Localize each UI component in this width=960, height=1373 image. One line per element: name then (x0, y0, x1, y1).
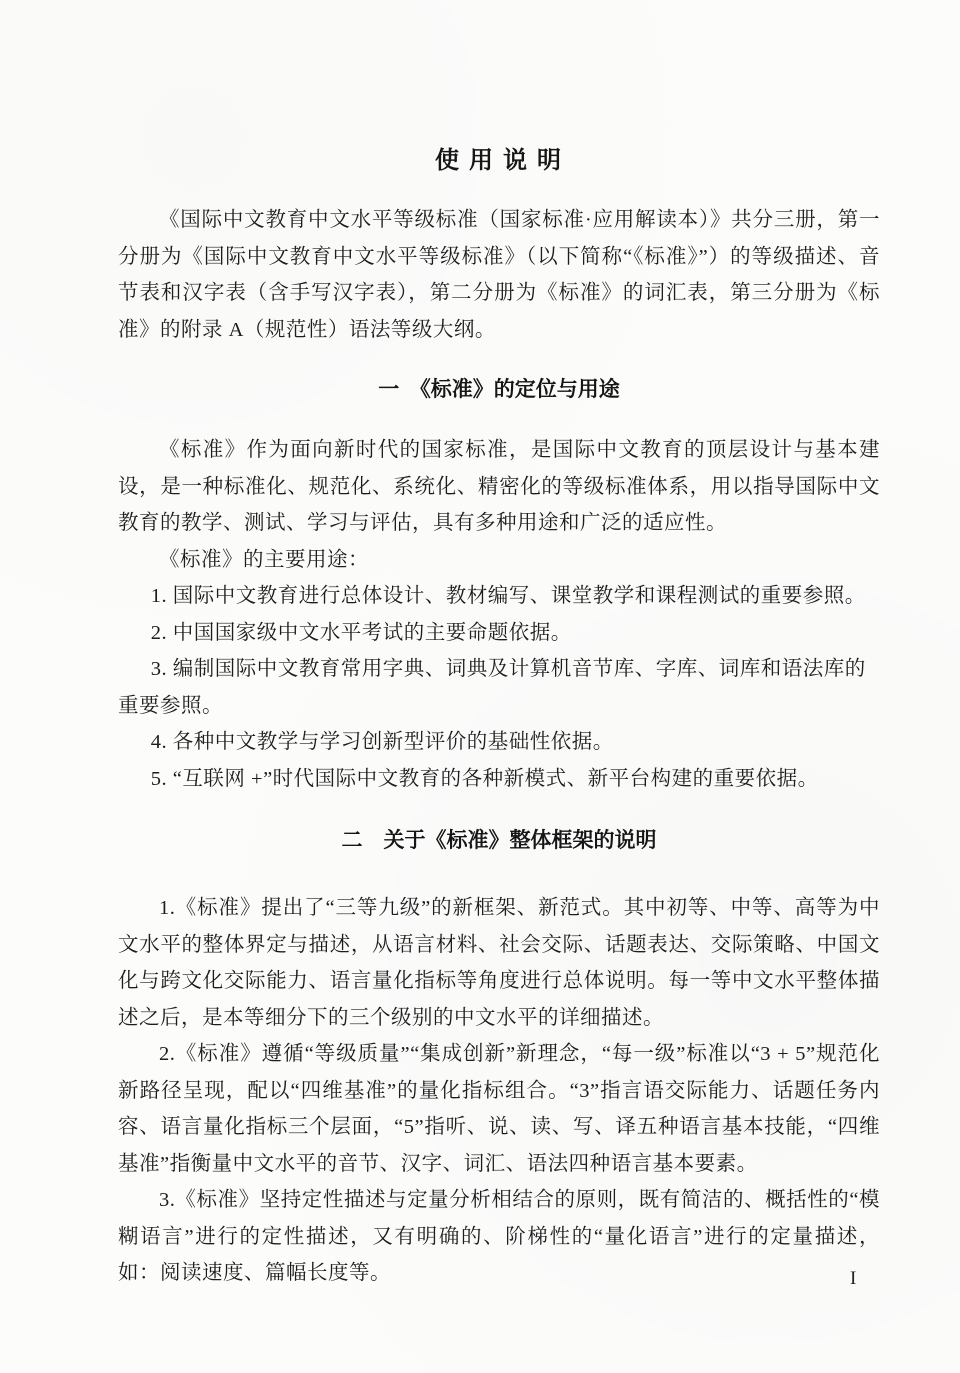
use-item-3: 3. 编制国际中文教育常用字典、词典及计算机音节库、字库、词库和语法库的重要参照… (118, 651, 880, 724)
section-2-heading: 二 关于《标准》整体框架的说明 (118, 824, 880, 854)
uses-lead-line: 《标准》的主要用途： (118, 542, 880, 579)
use-item-5: 5. “互联网 +”时代国际中文教育的各种新模式、新平台构建的重要依据。 (118, 761, 880, 798)
section-1-heading: 一 《标准》的定位与用途 (118, 373, 880, 403)
use-item-1: 1. 国际中文教育进行总体设计、教材编写、课堂教学和课程测试的重要参照。 (118, 578, 880, 615)
page-title: 使 用 说 明 (118, 140, 880, 175)
use-item-4: 4. 各种中文教学与学习创新型评价的基础性依据。 (118, 724, 880, 761)
section-2-paragraph-3: 3.《标准》坚持定性描述与定量分析相结合的原则，既有简洁的、概括性的“模糊语言”… (118, 1182, 880, 1292)
intro-paragraph: 《国际中文教育中文水平等级标准（国家标准·应用解读本）》共分三册，第一分册为《国… (118, 202, 880, 348)
section-2-paragraph-2: 2.《标准》遵循“等级质量”“集成创新”新理念，“每一级”标准以“3 + 5”规… (118, 1036, 880, 1182)
use-item-2: 2. 中国国家级中文水平考试的主要命题依据。 (118, 615, 880, 652)
section-2-paragraph-1: 1.《标准》提出了“三等九级”的新框架、新范式。其中初等、中等、高等为中文水平的… (118, 890, 880, 1036)
page-number: I (850, 1268, 856, 1290)
section-1-paragraph: 《标准》作为面向新时代的国家标准，是国际中文教育的顶层设计与基本建设，是一种标准… (118, 432, 880, 542)
document-page: 使 用 说 明 《国际中文教育中文水平等级标准（国家标准·应用解读本）》共分三册… (0, 0, 960, 1292)
